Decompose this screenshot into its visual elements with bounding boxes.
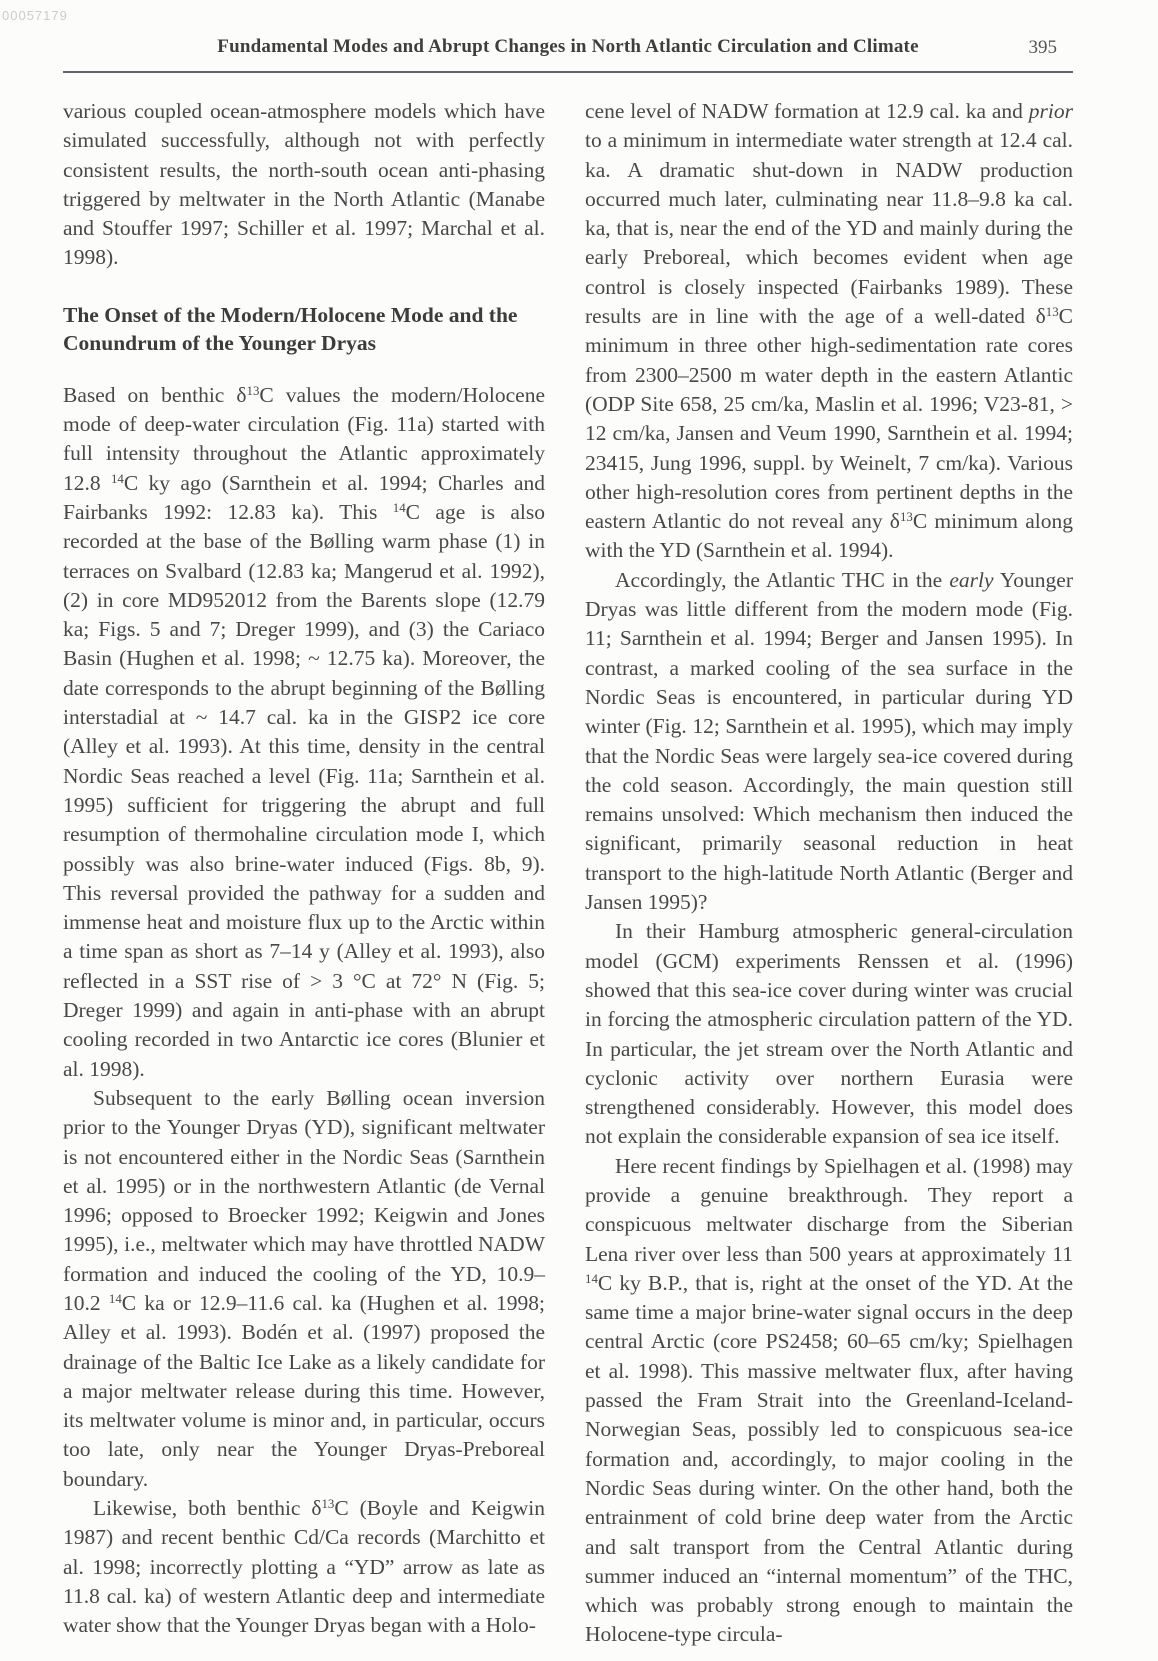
paragraph: various coupled ocean-atmosphere models … [63,97,545,273]
paragraph: In their Hamburg atmospheric general-cir… [585,917,1073,1151]
italic-text: prior [1029,99,1073,123]
text-run: Younger Dryas was little different from … [585,568,1073,914]
text-run: The Onset of the Modern/Holocene Mode an… [63,303,517,356]
scan-artifact-number: 00057179 [2,8,68,23]
superscript-text: 14 [393,501,406,515]
text-run: to a minimum in intermediate water stren… [585,128,1073,328]
paragraph: Accordingly, the Atlantic THC in the ear… [585,566,1073,918]
text-run: C age is also recorded at the base of th… [63,500,545,1081]
superscript-text: 13 [321,1497,334,1511]
section-heading: The Onset of the Modern/Holocene Mode an… [63,301,545,358]
text-run: Likewise, both benthic δ [93,1496,321,1520]
paragraph: Here recent findings by Spielhagen et al… [585,1152,1073,1650]
text-run: Based on benthic δ [63,383,247,407]
text-run: Here recent findings by Spielhagen et al… [585,1154,1073,1266]
page-number: 395 [1029,37,1058,59]
italic-text: early [949,568,993,592]
paragraph: Based on benthic δ13C values the modern/… [63,381,545,1084]
superscript-text: 14 [111,472,124,486]
superscript-text: 14 [585,1272,598,1286]
left-column: various coupled ocean-atmosphere models … [63,97,545,1650]
superscript-text: 14 [109,1292,122,1306]
superscript-text: 13 [900,510,913,524]
superscript-text: 13 [247,384,260,398]
text-run: C ka or 12.9–11.6 cal. ka (Hughen et al.… [63,1291,545,1491]
running-head: Fundamental Modes and Abrupt Changes in … [63,36,1073,62]
paragraph: Subsequent to the early Bølling ocean in… [63,1084,545,1494]
two-column-body: various coupled ocean-atmosphere models … [63,97,1073,1650]
header-rule [63,71,1073,73]
scanned-paper-page: 00057179 Fundamental Modes and Abrupt Ch… [0,0,1158,1661]
running-head-title: Fundamental Modes and Abrupt Changes in … [63,36,1073,58]
paragraph: Likewise, both benthic δ13C (Boyle and K… [63,1494,545,1640]
text-run: C minimum in three other high-sedimentat… [585,304,1073,533]
text-run: cene level of NADW formation at 12.9 cal… [585,99,1029,123]
text-run: C ky B.P., that is, right at the onset o… [585,1271,1073,1647]
text-run: Subsequent to the early Bølling ocean in… [63,1086,545,1315]
paragraph: cene level of NADW formation at 12.9 cal… [585,97,1073,566]
right-column: cene level of NADW formation at 12.9 cal… [585,97,1073,1650]
text-run: In their Hamburg atmospheric general-cir… [585,919,1073,1148]
superscript-text: 13 [1046,305,1059,319]
page-content: Fundamental Modes and Abrupt Changes in … [63,0,1073,1650]
text-run: various coupled ocean-atmosphere models … [63,99,545,269]
text-run: Accordingly, the Atlantic THC in the [615,568,949,592]
